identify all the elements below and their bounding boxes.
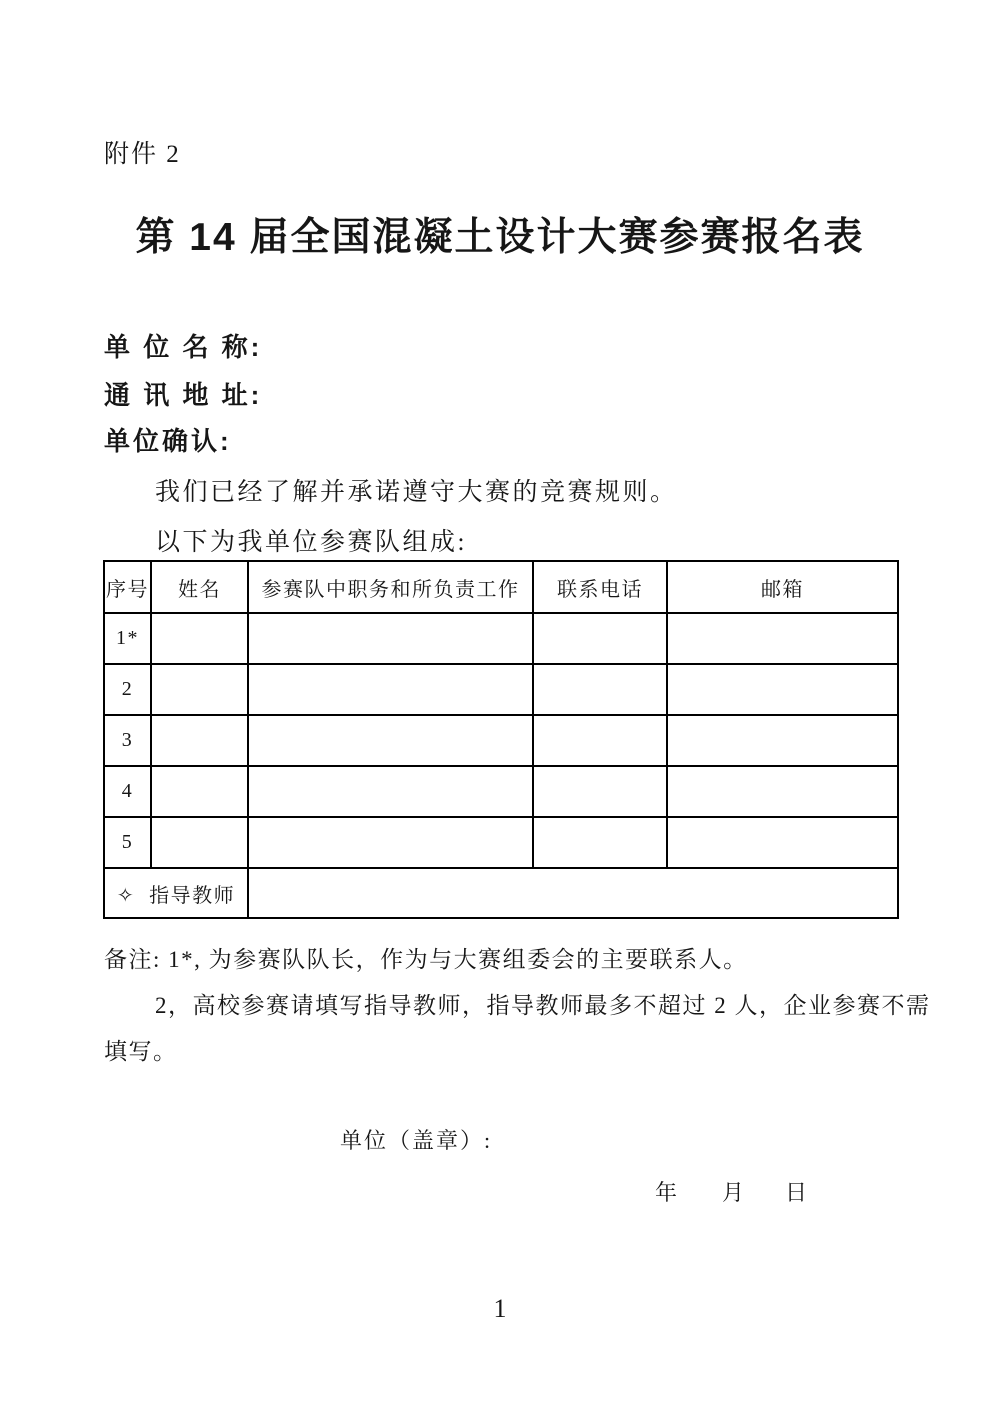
header-phone: 联系电话 <box>533 561 667 613</box>
page-title: 第 14 届全国混凝土设计大赛参赛报名表 <box>0 206 1000 262</box>
email-cell <box>667 817 898 868</box>
note-line-3: 填写。 <box>104 1033 178 1066</box>
seq-cell: 5 <box>104 817 151 868</box>
phone-cell <box>533 715 667 766</box>
advisor-value-cell <box>248 868 898 918</box>
note-line-1: 备注: 1*, 为参赛队队长，作为与大赛组委会的主要联系人。 <box>104 941 748 974</box>
phone-cell <box>533 766 667 817</box>
email-cell <box>667 715 898 766</box>
month-label: 月 <box>722 1176 744 1207</box>
team-intro-paragraph: 以下为我单位参赛队组成: <box>155 522 467 558</box>
header-seq: 序号 <box>104 561 151 613</box>
document-page: 附件 2 第 14 届全国混凝土设计大赛参赛报名表 单 位 名 称: 通 讯 地… <box>0 0 1000 1414</box>
year-label: 年 <box>655 1176 677 1207</box>
advisor-label: 指导教师 <box>149 885 235 907</box>
seq-cell: 1* <box>104 613 151 664</box>
team-table: 序号 姓名 参赛队中职务和所负责工作 联系电话 邮箱 1* 2 <box>103 560 899 919</box>
table-row: 4 <box>104 766 898 817</box>
advisor-label-cell: ✧指导教师 <box>104 868 248 918</box>
table-header-row: 序号 姓名 参赛队中职务和所负责工作 联系电话 邮箱 <box>104 561 898 613</box>
role-cell <box>248 766 533 817</box>
role-cell <box>248 613 533 664</box>
unit-name-label: 单 位 名 称: <box>104 327 262 364</box>
email-cell <box>667 766 898 817</box>
seq-cell: 2 <box>104 664 151 715</box>
table-row: 5 <box>104 817 898 868</box>
address-label: 通 讯 地 址: <box>104 375 262 412</box>
promise-paragraph: 我们已经了解并承诺遵守大赛的竞赛规则。 <box>155 472 678 508</box>
day-label: 日 <box>785 1176 807 1207</box>
table-row: 1* <box>104 613 898 664</box>
role-cell <box>248 664 533 715</box>
name-cell <box>151 664 248 715</box>
name-cell <box>151 715 248 766</box>
advisor-row: ✧指导教师 <box>104 868 898 918</box>
header-role: 参赛队中职务和所负责工作 <box>248 561 533 613</box>
table-row: 3 <box>104 715 898 766</box>
email-cell <box>667 613 898 664</box>
table-row: 2 <box>104 664 898 715</box>
attachment-label: 附件 2 <box>104 134 181 170</box>
name-cell <box>151 766 248 817</box>
role-cell <box>248 817 533 868</box>
page-number: 1 <box>0 1294 1000 1324</box>
email-cell <box>667 664 898 715</box>
confirm-label: 单位确认: <box>104 421 232 458</box>
name-cell <box>151 613 248 664</box>
seq-cell: 4 <box>104 766 151 817</box>
header-name: 姓名 <box>151 561 248 613</box>
note-line-2: 2，高校参赛请填写指导教师，指导教师最多不超过 2 人，企业参赛不需 <box>155 987 931 1020</box>
seq-cell: 3 <box>104 715 151 766</box>
phone-cell <box>533 664 667 715</box>
phone-cell <box>533 817 667 868</box>
header-email: 邮箱 <box>667 561 898 613</box>
phone-cell <box>533 613 667 664</box>
name-cell <box>151 817 248 868</box>
unit-seal-label: 单位（盖章）: <box>340 1124 492 1155</box>
role-cell <box>248 715 533 766</box>
four-pointed-star-icon: ✧ <box>117 883 135 908</box>
